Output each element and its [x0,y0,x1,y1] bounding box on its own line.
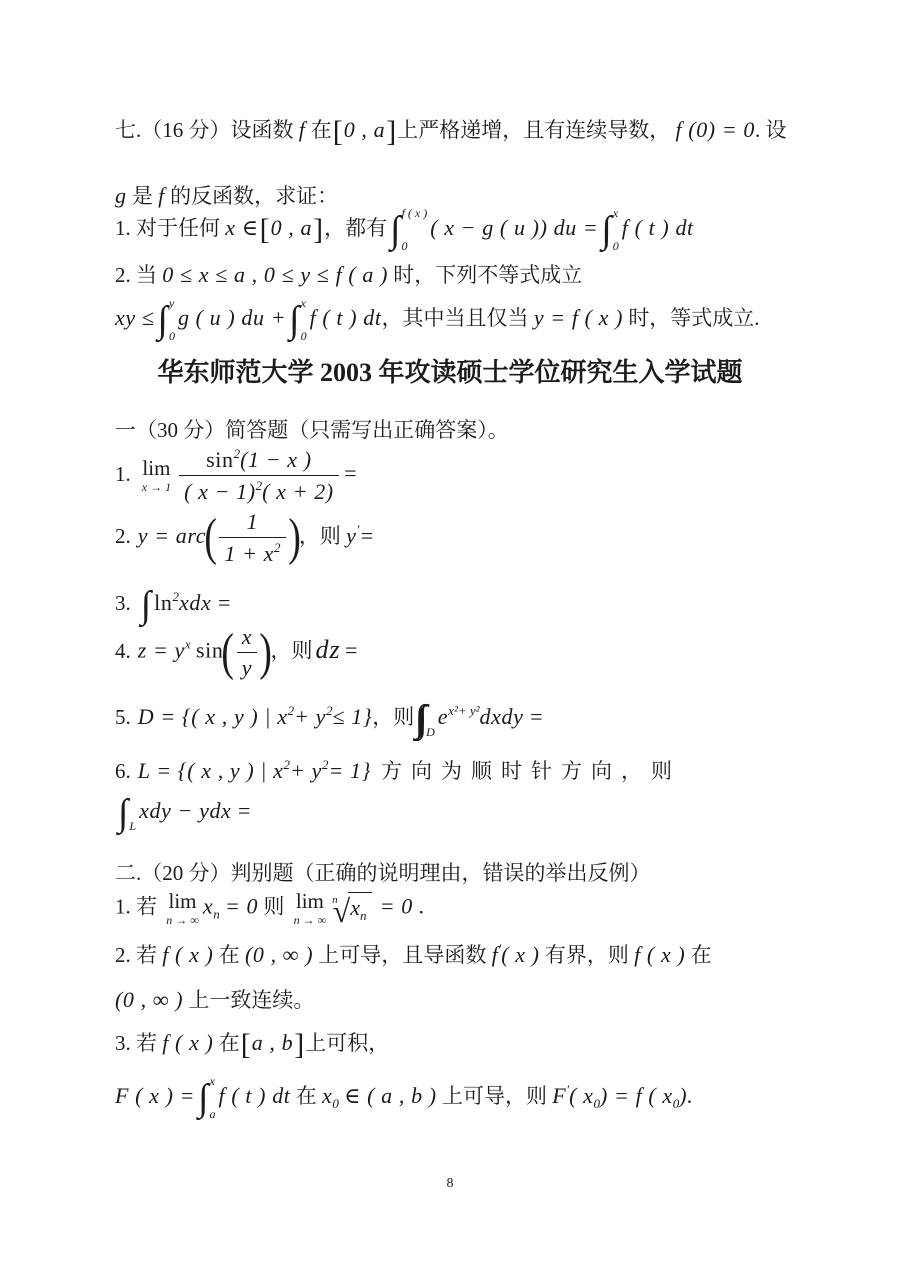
s2-q1-text2: 则 [258,894,290,918]
exponent-expr: x²+ y² [448,703,479,718]
s2-q3-math5: ∈ ( a , b ) [344,1083,437,1108]
double-integral-group: ∫∫D [417,698,435,740]
radicand: xn [348,892,372,924]
sin-function: sin [196,638,223,663]
exam-page: { "sym": { "integral": "∫", "radical": "… [0,0,900,1272]
s1-q4-dz: dz [315,635,340,664]
q7-item2-text2: 时，下列不等式成立 [388,263,582,287]
s2-q3-text3: 上可积， [305,1031,389,1055]
limit-word: lim [142,458,171,479]
s1-q6-math3: = 1} [328,758,371,783]
s1-q4: 4.z = yx sin(xy)，则dz= [115,625,359,680]
q7-line2-text1: 是 [127,184,159,208]
q7-ineq-math3: f ( t ) dt [310,305,382,330]
s1-q2: 2.y = arc(11 + x2)，则 y′= [115,510,375,566]
s2-q3-math7: ( x [569,1083,593,1108]
q7-ineq-math2: g ( u ) du + [178,305,286,330]
q7-line1-text1: 七.（16 分）设函数 [115,118,299,142]
s2-q3-interval: a , b [252,1030,294,1055]
s2-q2-text2: 在 [213,943,245,967]
s1-q1-number: 1. [115,462,131,486]
right-bracket: ] [294,1028,304,1061]
equals-sign: = [359,523,374,548]
integral-domain: D [426,725,435,740]
s2-q2-math2: (0 , ∞ ) [245,942,313,967]
subscript-0: 0 [332,1096,339,1111]
left-bracket: [ [333,115,343,148]
subscript-n: n [360,908,367,923]
subscript-n: n [213,906,220,921]
s1-q1: 1.limx → 1sin2(1 − x )( x − 1)2( x + 2)= [115,447,358,504]
limit-subscript: n → ∞ [294,914,327,926]
fraction-numerator: 1 [219,510,285,537]
s2-q2-text3: 上可导，且导函数 [313,943,492,967]
q7-ineq-text1: ，其中当且仅当 [382,306,534,330]
integral-lower-limit: 0 [301,329,307,344]
equals-sign: = [529,704,544,729]
s2-q3-text2: 在 [213,1031,239,1055]
integral-group: ∫x0 [601,206,618,254]
s2-q2-line1: 2. 若 f ( x ) 在 (0 , ∞ ) 上可导，且导函数 f′( x )… [115,941,712,969]
fraction-denominator: ( x − 1)2( x + 2) [179,475,339,504]
q7-item1: 1. 对于任何 x ∈[0 , a]，都有∫f ( x )0( x − g ( … [115,206,694,254]
s2-q2-math6: (0 , ∞ ) [115,987,183,1012]
s1-q5-math1: D = {( x , y ) | x [138,704,288,729]
s2-q1-x: x [203,893,213,918]
equals-sign: = [344,638,359,663]
integral-upper-limit: x [210,1074,216,1089]
q7-line2-text2: 的反函数，求证： [165,184,338,208]
integral-group: ∫L [118,792,136,834]
s2-q3-text5: 上可导，则 [437,1084,553,1108]
fraction-denominator: 1 + x2 [219,537,285,566]
integral-upper-limit: f ( x ) [402,206,428,221]
left-bracket: [ [241,1028,251,1061]
fraction: 11 + x2 [219,510,285,566]
integral-lower-limit: 0 [169,329,175,344]
s2-q3-math8: ) = f ( x [600,1083,673,1108]
integral-lower-limit: 0 [613,239,619,254]
s1-q2-math2: y [346,523,356,548]
integral-group: ∫f ( x )0 [390,206,427,254]
integral-sign: ∫ [289,301,299,339]
numerator-expr: x [242,624,252,649]
integral-sign: ∫ [158,301,168,339]
s1-q5-e: e [438,704,448,729]
equals-sign: = [343,461,358,486]
right-bracket: ] [313,213,323,246]
limit-operator: limn → ∞ [166,891,199,926]
s1-q4-text1: ，则 [270,639,312,663]
s2-q3-math9: ). [679,1083,693,1108]
q7-item2-math1: 0 ≤ x ≤ a , 0 ≤ y ≤ f ( a ) [162,262,388,287]
q7-item2-text1: 2. 当 [115,263,162,287]
q7-item1-math2: ( x − g ( u )) du = [430,215,598,240]
s2-q3-text1: 3. 若 [115,1031,162,1055]
integral-sign: ∫ [601,211,611,249]
numerator-expr: 1 [247,509,259,534]
s1-q3-math2: xdx [179,590,211,615]
integral-lower-limit: a [210,1107,216,1122]
s2-q2-math5: f ( x ) [634,942,685,967]
s1-q5-math2: + y [294,704,326,729]
limit-operator: limx → 1 [142,458,171,493]
q7-item1-text2: ，都有 [324,216,387,240]
integral-path: L [129,819,136,834]
s2-q3-text4: 在 [291,1084,323,1108]
limit-subscript: n → ∞ [166,914,199,926]
s1-q6-text1: 方向为顺时针方向，则 [381,759,681,783]
s1-q3-number: 3. [115,591,131,615]
s2-q2-text6: 上一致连续。 [183,988,314,1012]
radicand-x: x [350,895,360,920]
integral-lower-limit: 0 [402,239,428,254]
left-bracket: [ [260,213,270,246]
right-bracket: ] [386,115,396,148]
integral-sign: ∫ [141,586,151,624]
integral-sign: ∫ [415,700,425,738]
exponent: x [185,637,191,652]
s1-q6-line2: ∫Lxdy − ydx = [115,792,252,834]
s2-q1-text1: 1. 若 [115,894,162,918]
denominator-expr: 1 + x [224,541,274,566]
s1-q4-math1: z = y [138,638,185,663]
q7-line1-interval: 0 , a [344,117,386,142]
s2-q2-line2: (0 , ∞ ) 上一致连续。 [115,986,314,1014]
section2-heading: 二.（20 分）判别题（正确的说明理由，错误的举出反例） [115,860,651,886]
integral-upper-limit: y [169,296,175,311]
integral-group: ∫ [141,586,151,624]
s2-q1-eq0b: = 0 . [380,893,425,918]
denominator-expr2: ( x + 2) [262,479,334,504]
q7-item2: 2. 当 0 ≤ x ≤ a , 0 ≤ y ≤ f ( a ) 时，下列不等式… [115,261,582,289]
numerator-expr: (1 − x ) [240,447,312,472]
equals-sign: = [237,798,252,823]
s2-q2-math1: f ( x ) [162,942,213,967]
integral-sign: ∫ [118,794,128,832]
q7-inequality-line: xy ≤∫y0g ( u ) du +∫x0f ( t ) dt，其中当且仅当 … [115,296,760,344]
s2-q3-line2: F ( x ) =∫xaf ( t ) dt 在 x0 ∈ ( a , b ) … [115,1074,693,1122]
s1-q5-math5: dxdy [480,704,524,729]
s2-q3-math6: F [552,1083,566,1108]
s1-q5-math3: ≤ 1} [333,704,373,729]
integral-sign: ∫ [198,1079,208,1117]
integral-group: ∫y0 [158,296,175,344]
integral-group: ∫xa [198,1074,215,1122]
s2-q3-math1: f ( x ) [162,1030,213,1055]
fraction: xy [237,625,257,680]
s1-q6-math4: xdy − ydx [139,798,231,823]
denominator-expr1: ( x − 1) [184,479,256,504]
limit-operator: limn → ∞ [294,891,327,926]
q7-ineq-math4: y = f ( x ) [534,305,623,330]
fraction-numerator: sin2(1 − x ) [179,447,339,475]
nth-root: n√xn [332,892,372,924]
s2-q2-text1: 2. 若 [115,943,162,967]
fraction: sin2(1 − x )( x − 1)2( x + 2) [179,447,339,504]
s2-q1: 1. 若 limn → ∞xn = 0 则 limn → ∞n√xn = 0 . [115,891,425,926]
q7-item1-math3: f ( t ) dt [622,215,694,240]
integral-sign: ∫ [390,211,400,249]
s1-q4-number: 4. [115,639,131,663]
q7-line1-text2: 在 [305,118,331,142]
s2-q3-math4: x [322,1083,332,1108]
q7-line1-text4: . 设 [755,118,787,142]
q7-item1-math1: x ∈ [225,215,258,240]
s1-q5: 5.D = {( x , y ) | x2+ y2≤ 1}，则∫∫Dex²+ y… [115,698,544,740]
fraction-denominator: y [237,652,257,680]
s1-q5-number: 5. [115,705,131,729]
q7-ineq-text2: 时，等式成立. [623,306,760,330]
ln-function: ln [154,590,172,615]
q7-line1-math-f0: f (0) = 0 [675,117,755,142]
s1-q2-math1: y = arc [138,523,206,548]
s1-q2-text1: ，则 [299,524,346,548]
denominator-expr: y [242,655,252,680]
s2-q2-text4: 有界，则 [540,943,635,967]
s1-q2-number: 2. [115,524,131,548]
integral-group: ∫x0 [289,296,306,344]
limit-word: lim [294,891,327,912]
section1-heading: 一（30 分）简答题（只需写出正确答案）。 [115,417,509,443]
s2-q3-math2: F ( x ) = [115,1083,195,1108]
q7-line1-text3: 上严格递增，且有连续导数， [397,118,675,142]
s2-q1-eq0: = 0 [225,893,258,918]
s1-q6-line1: 6.L = {( x , y ) | x2+ y2= 1}方向为顺时针方向，则 [115,757,681,785]
equals-sign: = [217,590,232,615]
limit-word: lim [166,891,199,912]
s2-q3-line1: 3. 若 f ( x ) 在[a , b]上可积， [115,1029,389,1057]
exam-title: 华东师范大学 2003 年攻读硕士学位研究生入学试题 [0,352,900,389]
q7-ineq-math1: xy ≤ [115,305,155,330]
limit-subscript: x → 1 [142,481,171,493]
exponent: 2 [274,540,281,555]
q7-line1: 七.（16 分）设函数 f 在[0 , a]上严格递增，且有连续导数， f (0… [115,116,786,144]
s2-q3-math3: f ( t ) dt [219,1083,291,1108]
s2-q2-text5: 在 [685,943,711,967]
s1-q6-math2: + y [290,758,322,783]
integral-upper-limit: x [613,206,619,221]
q7-item1-interval: 0 , a [271,215,313,240]
s2-q2-math4: ( x ) [501,942,539,967]
s1-q3: 3.∫ln2xdx = [115,586,232,624]
s1-q5-text1: ，则 [372,705,414,729]
q7-line2-math-f: f [158,183,165,208]
q7-line2-math-g: g [115,183,127,208]
page-number: 8 [0,1176,900,1192]
sin-function: sin [206,447,233,472]
integral-upper-limit: x [301,296,307,311]
s1-q6-math1: L = {( x , y ) | x [138,758,284,783]
s1-q6-number: 6. [115,759,131,783]
q7-item1-text1: 1. 对于任何 [115,216,225,240]
fraction-numerator: x [237,625,257,652]
